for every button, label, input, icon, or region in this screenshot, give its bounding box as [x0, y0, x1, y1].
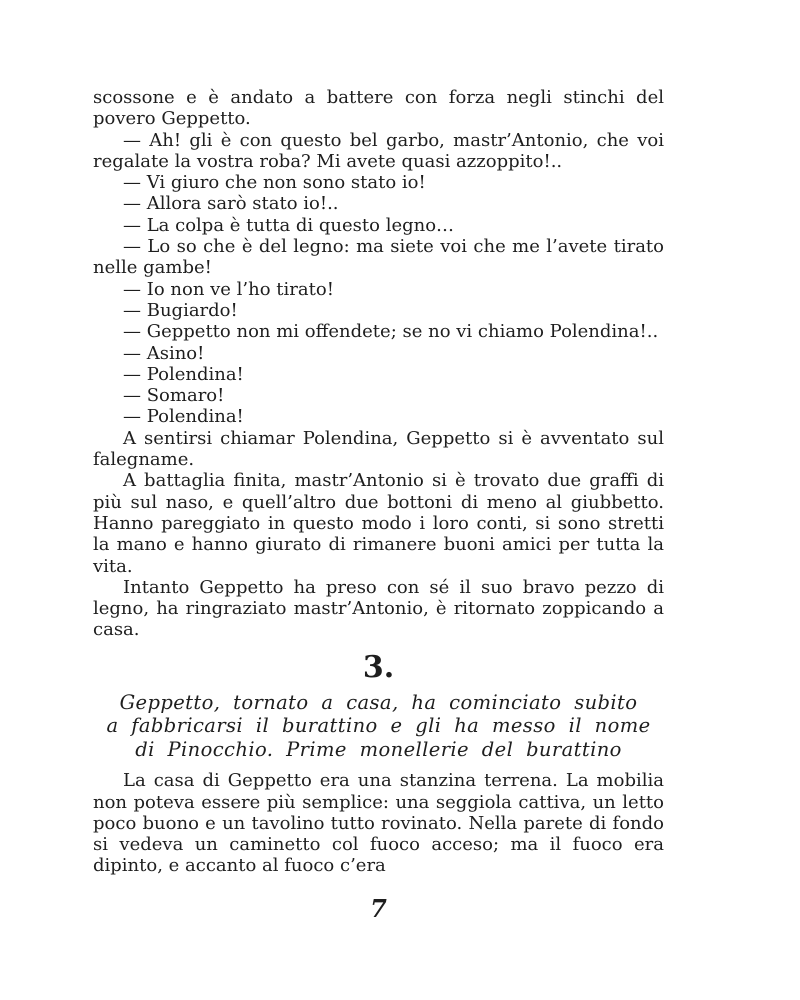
chapter-number: 3.: [93, 652, 664, 684]
dialogue-line: — Somaro!: [93, 385, 664, 406]
dialogue-line: — Lo so che è del legno: ma siete voi ch…: [93, 236, 664, 279]
dialogue-line: — Allora sarò stato io!..: [93, 193, 664, 214]
chapter-subtitle-line: Geppetto, tornato a casa, ha cominciato …: [93, 691, 664, 715]
page-number: 7: [93, 896, 664, 922]
body-paragraph: scossone e è andato a battere con forza …: [93, 87, 664, 130]
dialogue-line: — Io non ve l’ho tirato!: [93, 279, 664, 300]
dialogue-line: — Polendina!: [93, 364, 664, 385]
dialogue-line: — Bugiardo!: [93, 300, 664, 321]
body-paragraph: A battaglia finita, mastr’Antonio si è t…: [93, 470, 664, 576]
dialogue-line: — Geppetto non mi offendete; se no vi ch…: [93, 321, 664, 342]
body-paragraph: La casa di Geppetto era una stanzina ter…: [93, 770, 664, 876]
dialogue-line: — La colpa è tutta di questo legno…: [93, 215, 664, 236]
chapter-subtitle-line: a fabbricarsi il burattino e gli ha mess…: [93, 714, 664, 738]
chapter-subtitle: Geppetto, tornato a casa, ha cominciato …: [93, 691, 664, 762]
chapter-subtitle-line: di Pinocchio. Prime monellerie del burat…: [93, 738, 664, 762]
dialogue-line: — Polendina!: [93, 406, 664, 427]
dialogue-line: — Vi giuro che non sono stato io!: [93, 172, 664, 193]
dialogue-line: — Asino!: [93, 343, 664, 364]
book-page: scossone e è andato a battere con forza …: [0, 0, 800, 1000]
body-paragraph: Intanto Geppetto ha preso con sé il suo …: [93, 577, 664, 641]
dialogue-line: — Ah! gli è con questo bel garbo, mastr’…: [93, 130, 664, 173]
text-block: scossone e è andato a battere con forza …: [93, 87, 664, 877]
body-paragraph: A sentirsi chiamar Polendina, Geppetto s…: [93, 428, 664, 471]
